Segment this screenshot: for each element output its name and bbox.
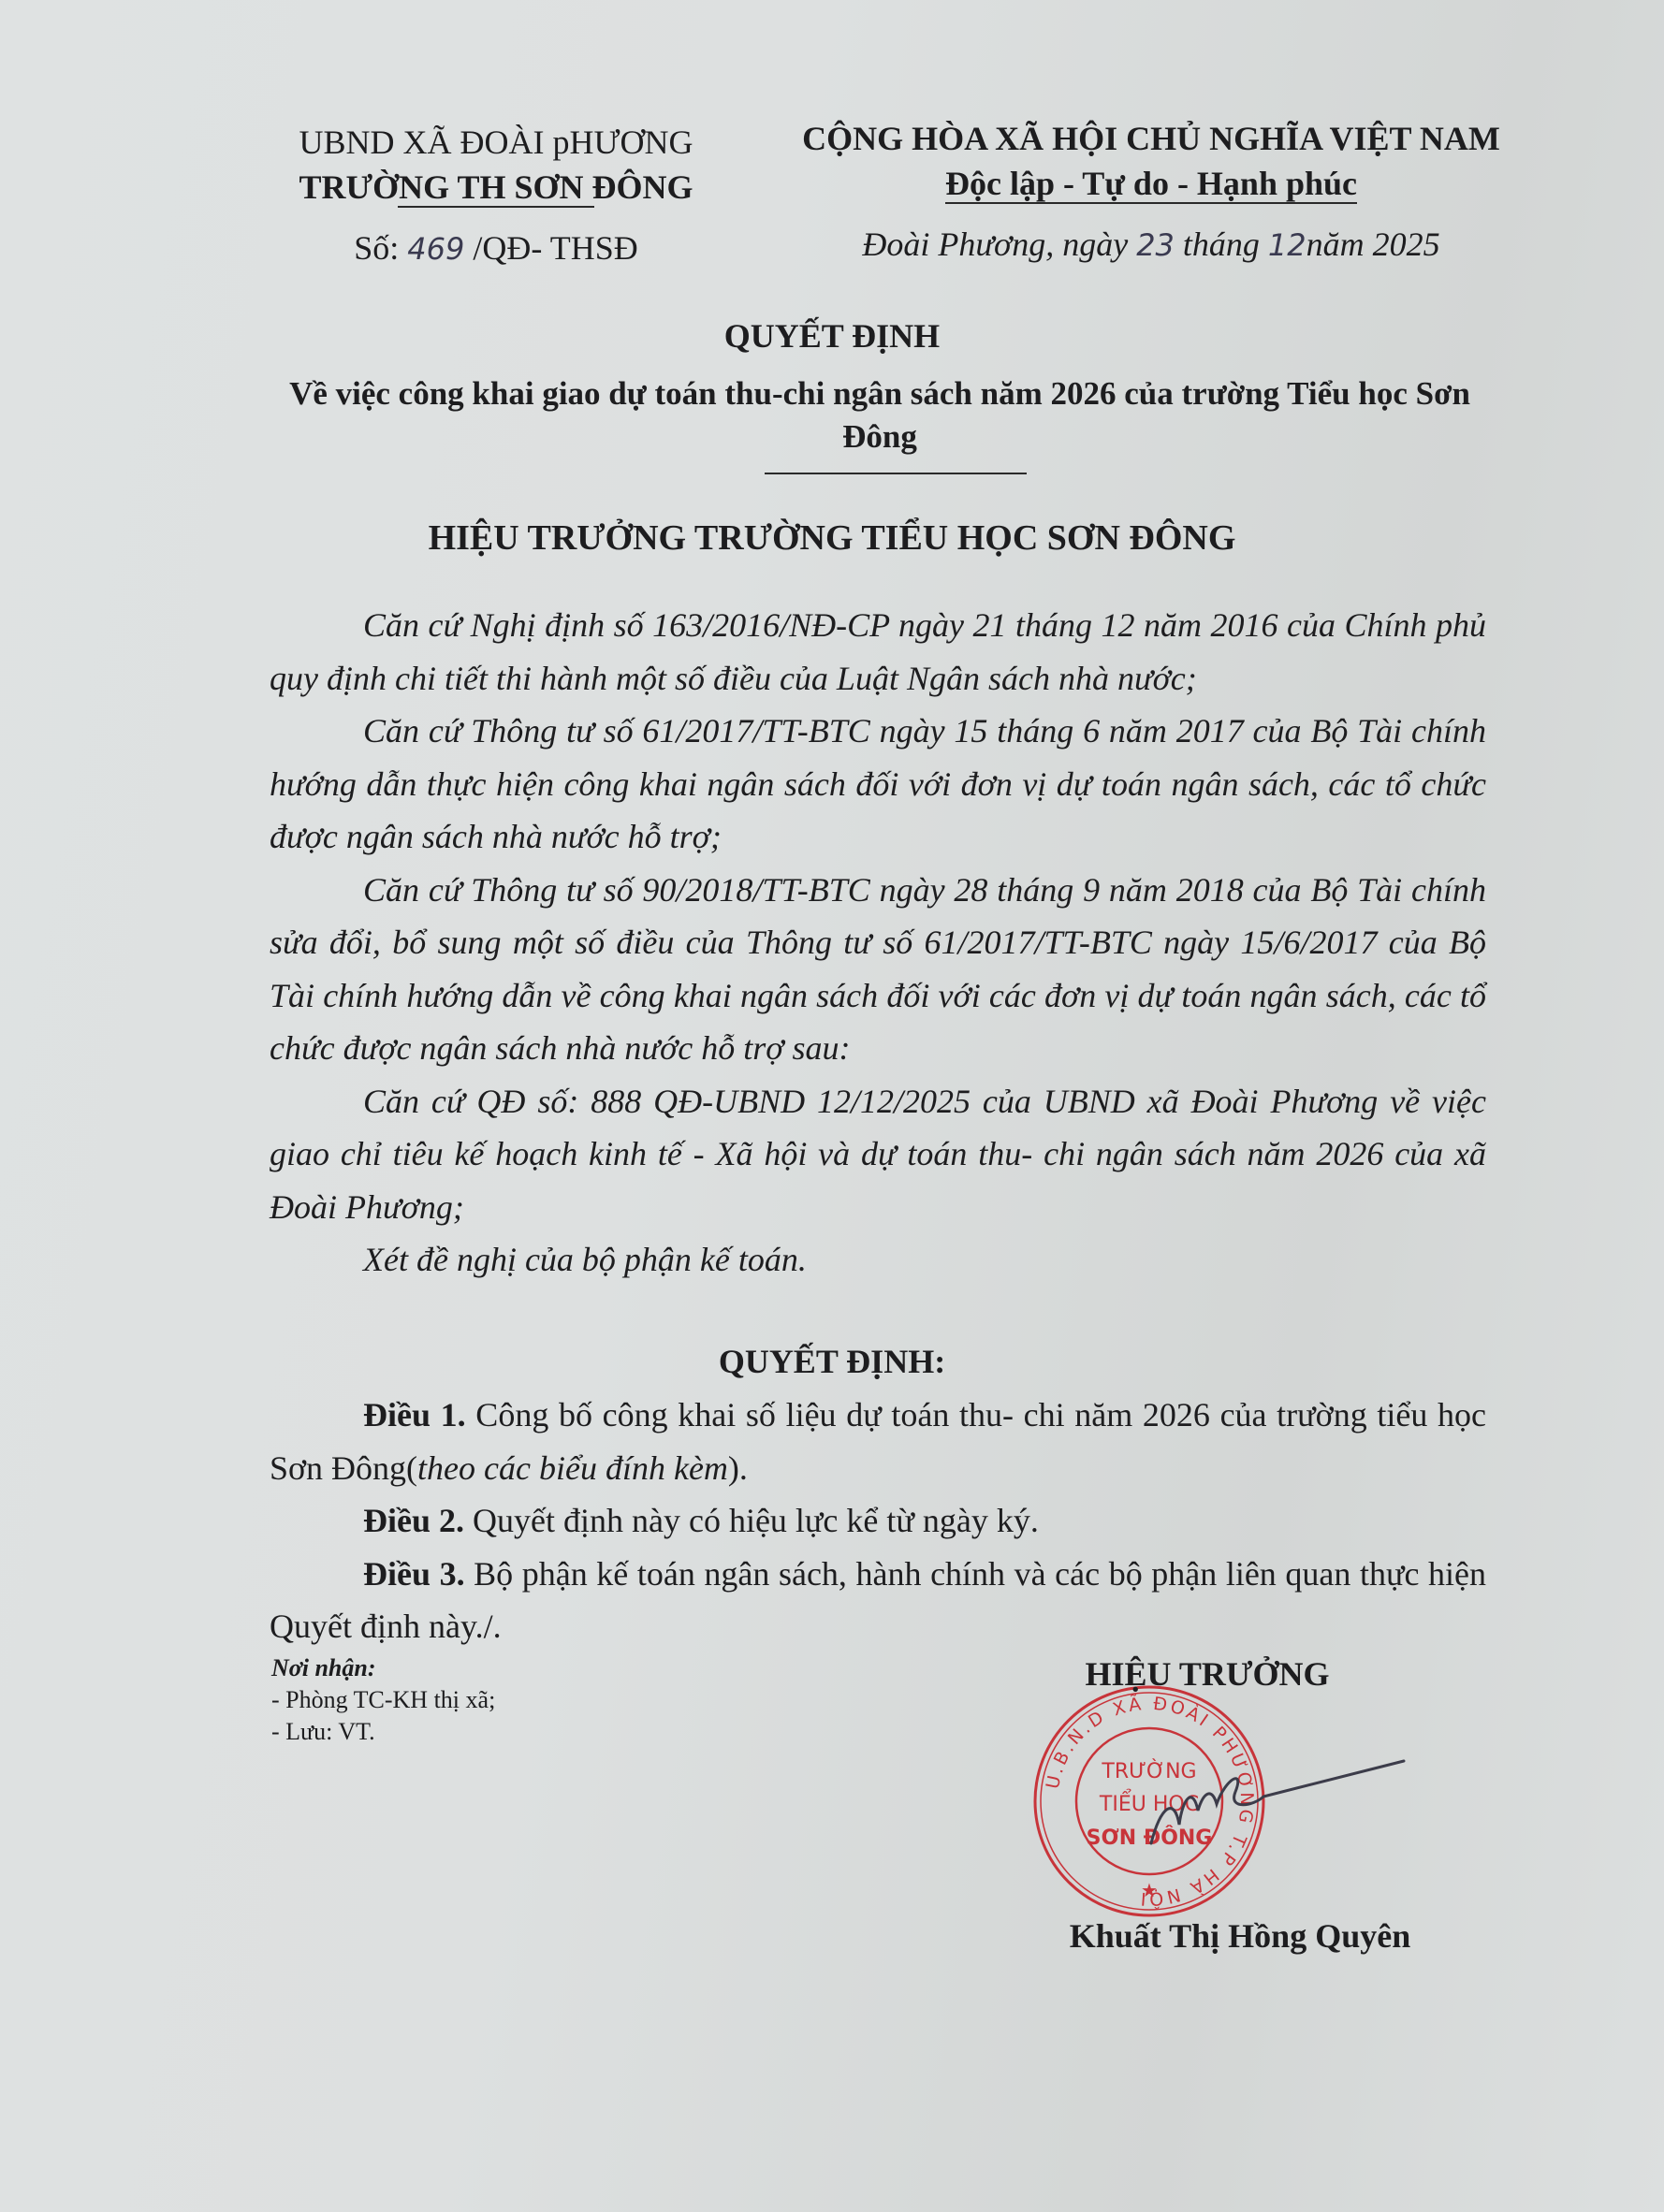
- articles: Điều 1. Công bố công khai số liệu dự toá…: [270, 1389, 1486, 1653]
- recipients-heading: Nơi nhận:: [271, 1652, 495, 1684]
- signer-name: Khuất Thị Hồng Quyên: [1020, 1916, 1460, 1956]
- preamble-item: Căn cứ QĐ số: 888 QĐ-UBND 12/12/2025 của…: [270, 1075, 1486, 1234]
- handwritten-day: 23: [1136, 227, 1175, 263]
- nation-name: CỘNG HÒA XÃ HỘI CHỦ NGHĨA VIỆT NAM: [777, 116, 1525, 161]
- authority-title: HIỆU TRƯỞNG TRƯỜNG TIỂU HỌC SƠN ĐÔNG: [0, 517, 1664, 559]
- preamble-item: Căn cứ Nghị định số 163/2016/NĐ-CP ngày …: [270, 599, 1486, 705]
- issuer-school: TRƯỜNG TH SƠN ĐÔNG: [271, 165, 721, 210]
- handwritten-month: 12: [1268, 227, 1306, 263]
- decision-document: UBND XÃ ĐOÀI pHƯƠNG TRƯỜNG TH SƠN ĐÔNG S…: [0, 0, 1664, 2212]
- subject-underline: [765, 473, 1027, 474]
- preamble-item: Căn cứ Thông tư số 90/2018/TT-BTC ngày 2…: [270, 864, 1486, 1075]
- document-number: Số: 469 /QĐ- THSĐ: [271, 228, 721, 268]
- signer-title: HIỆU TRƯỞNG: [1039, 1654, 1376, 1694]
- recipients: Nơi nhận: - Phòng TC-KH thị xã; - Lưu: V…: [271, 1652, 495, 1748]
- article-3: Điều 3. Bộ phận kế toán ngân sách, hành …: [270, 1548, 1486, 1653]
- preamble-item: Xét đề nghị của bộ phận kế toán.: [270, 1233, 1486, 1287]
- decision-heading: QUYẾT ĐỊNH:: [0, 1342, 1664, 1381]
- national-block: CỘNG HÒA XÃ HỘI CHỦ NGHĨA VIỆT NAM Độc l…: [777, 116, 1525, 264]
- issue-date: Đoài Phương, ngày 23 tháng 12năm 2025: [777, 225, 1525, 264]
- preamble: Căn cứ Nghị định số 163/2016/NĐ-CP ngày …: [270, 599, 1486, 1287]
- recipient-item: - Lưu: VT.: [271, 1716, 495, 1748]
- issuer-block: UBND XÃ ĐOÀI pHƯƠNG TRƯỜNG TH SƠN ĐÔNG S…: [271, 120, 721, 268]
- document-subject: Về việc công khai giao dự toán thu-chi n…: [267, 372, 1493, 458]
- handwritten-number: 469: [407, 231, 464, 267]
- preamble-item: Căn cứ Thông tư số 61/2017/TT-BTC ngày 1…: [270, 705, 1486, 864]
- article-2: Điều 2. Quyết định này có hiệu lực kể từ…: [270, 1494, 1486, 1548]
- signature-scribble-icon: [1123, 1740, 1423, 1853]
- recipient-item: - Phòng TC-KH thị xã;: [271, 1684, 495, 1716]
- svg-text:★: ★: [1141, 1881, 1158, 1901]
- issuer-authority: UBND XÃ ĐOÀI pHƯƠNG: [271, 120, 721, 165]
- national-motto: Độc lập - Tự do - Hạnh phúc: [777, 161, 1525, 206]
- document-title: QUYẾT ĐỊNH: [0, 316, 1664, 356]
- article-1: Điều 1. Công bố công khai số liệu dự toá…: [270, 1389, 1486, 1494]
